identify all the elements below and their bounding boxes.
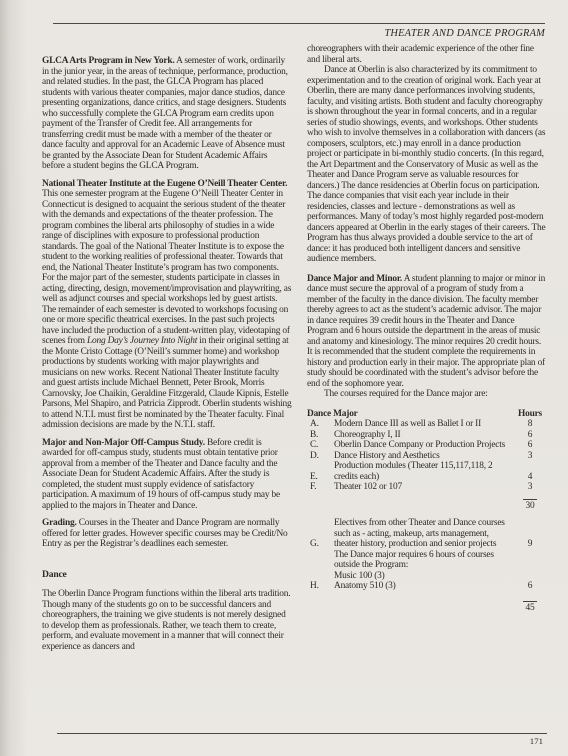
row-letter: F. (307, 482, 334, 493)
catalog-page: THEATER AND DANCE PROGRAM GLCA Arts Prog… (0, 0, 568, 756)
subtotal-hours: 30 (523, 499, 538, 512)
row-hours: 3 (513, 451, 547, 462)
dance-major-table: Dance Major Hours A. Modern Dance III as… (307, 409, 547, 614)
row-course-music: Music 100 (3) (334, 571, 513, 582)
table-row: F. Theater 102 or 107 3 (307, 482, 547, 493)
paragraph-grading: Grading. Courses in the Theater and Danc… (42, 518, 292, 550)
row-hours: 6 (513, 581, 547, 592)
table-row: C. Oberlin Dance Company or Production P… (307, 440, 547, 451)
table-row: B. Choreography I, II 6 (307, 430, 547, 441)
row-course: The Dance major requires 6 hours of cour… (334, 550, 513, 592)
subtotal-cell: 30 (513, 499, 547, 512)
paragraph-courses-intro: The courses required for the Dance major… (307, 389, 547, 400)
row-hours: 6 (513, 430, 547, 441)
row-hours: 9 (513, 539, 547, 550)
paragraph-major-minor: Dance Major and Minor. A student plannin… (307, 274, 547, 390)
row-course: Modern Dance III as well as Ballet I or … (334, 419, 513, 430)
row-course: Theater 102 or 107 (334, 482, 513, 493)
row-course: Dance History and Aesthetics (334, 451, 513, 462)
nti-body-pre: This one semester program at the Eugene … (42, 189, 291, 346)
table-header-row: Dance Major Hours (307, 409, 547, 420)
grading-lead: Grading. (42, 518, 77, 528)
paragraph-nti: National Theater Institute at the Eugene… (42, 179, 292, 431)
row-course-main: The Dance major requires 6 hours of cour… (334, 550, 513, 571)
subtotal-row: 30 (307, 499, 547, 512)
nti-lead: National Theater Institute at the Eugene… (42, 179, 287, 189)
page-number: 171 (530, 736, 543, 746)
table-row: H. The Dance major requires 6 hours of c… (307, 550, 547, 592)
total-hours: 45 (523, 601, 538, 614)
nti-play-title: Long Day’s Journey Into Night (87, 336, 197, 346)
table-title: Dance Major (307, 409, 513, 420)
table-row: D. Dance History and Aesthetics 3 (307, 451, 547, 462)
table-row: A. Modern Dance III as well as Ballet I … (307, 419, 547, 430)
row-letter: C. (307, 440, 334, 451)
row-hours: 4 (513, 472, 547, 483)
paragraph-offcampus: Major and Non-Major Off-Campus Study. Be… (42, 438, 292, 512)
row-letter: G. (307, 539, 334, 550)
row-hours: 3 (513, 482, 547, 493)
row-course: Oberlin Dance Company or Production Proj… (334, 440, 513, 451)
total-row: 45 (307, 601, 547, 614)
running-head-title: THEATER AND DANCE PROGRAM (384, 28, 545, 39)
paragraph-continuation: choreographers with their academic exper… (307, 44, 547, 65)
row-course: Electives from other Theater and Dance c… (334, 518, 513, 550)
header-rule (53, 23, 545, 24)
paragraph-dance-at-oberlin: Dance at Oberlin is also characterized b… (307, 65, 547, 265)
major-minor-lead: Dance Major and Minor. (307, 274, 402, 284)
glca-body: A semester of work, ordinarily in the ju… (42, 56, 288, 171)
row-course: Production modules (Theater 115,117,118,… (334, 461, 513, 482)
row-letter: B. (307, 430, 334, 441)
total-cell: 45 (513, 601, 547, 614)
paragraph-glca: GLCA Arts Program in New York. A semeste… (42, 56, 292, 172)
offcampus-lead: Major and Non-Major Off-Campus Study. (42, 438, 205, 448)
offcampus-body: Before credit is awarded for off-campus … (42, 438, 280, 511)
dance-section-heading: Dance (42, 570, 292, 581)
row-hours: 8 (513, 419, 547, 430)
footer-rule (57, 733, 547, 734)
row-letter: D. (307, 451, 334, 462)
major-minor-body: A student planning to major or minor in … (307, 274, 545, 389)
row-letter: E. (307, 472, 334, 483)
row-hours: 6 (513, 440, 547, 451)
row-letter: H. (307, 581, 334, 592)
table-row: G. Electives from other Theater and Danc… (307, 518, 547, 550)
grading-body: Courses in the Theater and Dance Program… (42, 518, 288, 549)
left-column: GLCA Arts Program in New York. A semeste… (42, 56, 292, 652)
hours-column-header: Hours (513, 409, 547, 420)
paragraph-dance-intro: The Oberlin Dance Program functions with… (42, 589, 292, 652)
row-course: Choreography I, II (334, 430, 513, 441)
right-column: choreographers with their academic exper… (307, 44, 547, 620)
glca-lead: GLCA Arts Program in New York. (42, 56, 175, 66)
row-course-anatomy: Anatomy 510 (3) (334, 581, 513, 592)
nti-body-post: in their original setting at the Monte C… (42, 336, 291, 430)
table-row: E. Production modules (Theater 115,117,1… (307, 461, 547, 482)
row-letter: A. (307, 419, 334, 430)
